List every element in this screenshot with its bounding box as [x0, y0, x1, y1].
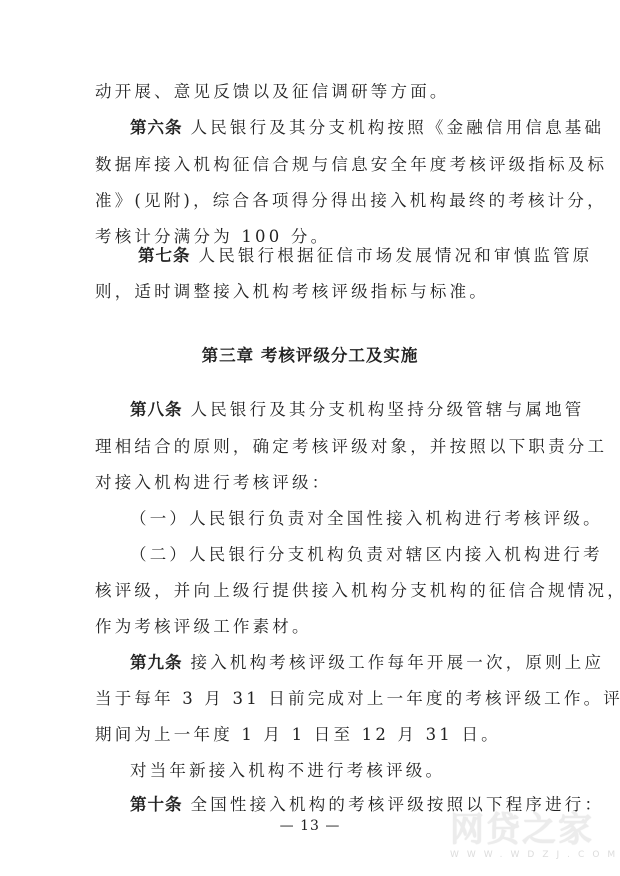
line-text: 考核计分满分为 100 分。	[95, 227, 330, 246]
article-number: 第八条	[130, 400, 183, 419]
article-6: 第六条人民银行及其分支机构按照《金融信用信息基础	[130, 118, 604, 138]
line-text: 则，适时调整接入机构考核评级指标与标准。	[95, 282, 489, 301]
line-text: 核评级，并向上级行提供接入机构分支机构的征信合规情况，	[95, 581, 620, 600]
article-7: 第七条人民银行根据征信市场发展情况和审慎监管原	[138, 246, 593, 266]
watermark-url: WWW.WDZJ.COM	[450, 850, 620, 860]
line-text: 人民银行及其分支机构按照《金融信用信息基础	[191, 118, 605, 137]
line-text: 准》(见附)，综合各项得分得出接入机构最终的考核计分，	[95, 191, 607, 210]
line-text: 对接入机构进行考核评级：	[95, 473, 331, 492]
paragraph-line: 动开展、意见反馈以及征信调研等方面。	[95, 82, 450, 102]
paragraph-line: 对接入机构进行考核评级：	[95, 473, 331, 493]
chapter-heading: 第三章 考核评级分工及实施	[0, 342, 620, 366]
line-text: 数据库接入机构征信合规与信息安全年度考核评级指标及标	[95, 155, 607, 174]
article-number: 第十条	[130, 795, 183, 814]
paragraph-line: 考核计分满分为 100 分。	[95, 227, 330, 247]
line-text: 期间为上一年度 1 月 1 日至 12 月 31 日。	[95, 725, 501, 744]
article-8: 第八条人民银行及其分支机构坚持分级管辖与属地管	[130, 400, 585, 420]
watermark-logo: 网贷之家 WWW.WDZJ.COM	[450, 812, 620, 860]
paragraph-line: 期间为上一年度 1 月 1 日至 12 月 31 日。	[95, 725, 501, 745]
list-item: （一）人民银行负责对全国性接入机构进行考核评级。	[130, 509, 603, 529]
line-text: （二）人民银行分支机构负责对辖区内接入机构进行考	[130, 545, 603, 564]
paragraph-line: 作为考核评级工作素材。	[95, 617, 312, 637]
paragraph-line: 数据库接入机构征信合规与信息安全年度考核评级指标及标	[95, 155, 607, 175]
paragraph-line: 当于每年 3 月 31 日前完成对上一年度的考核评级工作。评级	[95, 689, 620, 709]
line-text: 动开展、意见反馈以及征信调研等方面。	[95, 82, 450, 101]
article-number: 第六条	[130, 118, 183, 137]
article-number: 第七条	[138, 246, 191, 265]
article-9: 第九条接入机构考核评级工作每年开展一次，原则上应	[130, 653, 604, 673]
line-text: 接入机构考核评级工作每年开展一次，原则上应	[191, 653, 605, 672]
watermark-text: 网贷之家	[450, 812, 620, 848]
paragraph-line: 理相结合的原则，确定考核评级对象，并按照以下职责分工	[95, 437, 607, 457]
paragraph-line: 则，适时调整接入机构考核评级指标与标准。	[95, 282, 489, 302]
line-text: 理相结合的原则，确定考核评级对象，并按照以下职责分工	[95, 437, 607, 456]
line-text: 人民银行根据征信市场发展情况和审慎监管原	[199, 246, 593, 265]
article-number: 第九条	[130, 653, 183, 672]
line-text: 对当年新接入机构不进行考核评级。	[130, 761, 445, 780]
list-item: （二）人民银行分支机构负责对辖区内接入机构进行考	[130, 545, 603, 565]
line-text: 人民银行及其分支机构坚持分级管辖与属地管	[191, 400, 585, 419]
paragraph-line: 核评级，并向上级行提供接入机构分支机构的征信合规情况，	[95, 581, 620, 601]
line-text: （一）人民银行负责对全国性接入机构进行考核评级。	[130, 509, 603, 528]
document-page: 动开展、意见反馈以及征信调研等方面。 第六条人民银行及其分支机构按照《金融信用信…	[0, 0, 620, 876]
paragraph-line: 准》(见附)，综合各项得分得出接入机构最终的考核计分，	[95, 191, 607, 211]
line-text: 当于每年 3 月 31 日前完成对上一年度的考核评级工作。评级	[95, 689, 620, 708]
line-text: 作为考核评级工作素材。	[95, 617, 312, 636]
paragraph-line: 对当年新接入机构不进行考核评级。	[130, 761, 445, 781]
